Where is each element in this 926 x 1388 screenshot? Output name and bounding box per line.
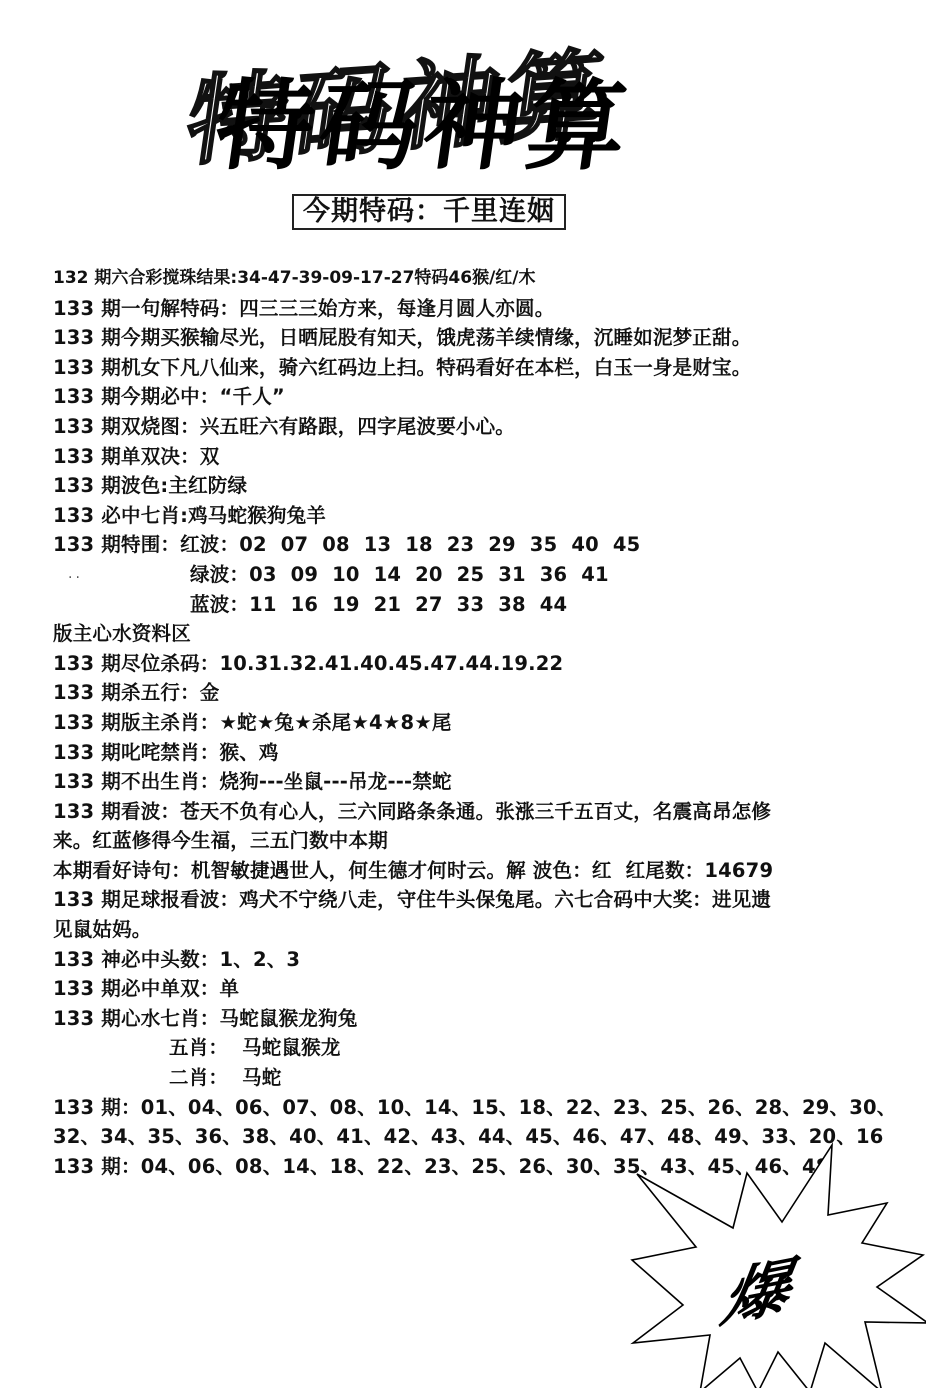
wave-red-row: 133 期特围：红波：02 07 08 13 18 23 29 35 40 45 (53, 530, 873, 560)
text-line: 133 必中七肖:鸡马蛇猴狗兔羊 (53, 501, 873, 531)
text-line: 来。红蓝修得今生福，三五门数中本期 (53, 826, 873, 856)
text-line: 133 期双烧图：兴五旺六有路跟，四字尾波要小心。 (53, 412, 873, 442)
text-line: 133 期一句解特码：四三三三始方来，每逢月圆人亦圆。 (53, 294, 873, 324)
result-line: 132 期六合彩搅珠结果:34-47-39-09-17-27特码46猴/红/木 (53, 264, 873, 294)
text-line: 133 期今期买猴输尽光，日晒屁股有知天，饿虎荡羊续情缘，沉睡如泥梦正甜。 (53, 323, 873, 353)
text-line: 133 期叱咤禁肖：猴、鸡 (53, 738, 873, 768)
text-line: 133 期机女下凡八仙来，骑六红码边上扫。特码看好在本栏，白玉一身是财宝。 (53, 353, 873, 383)
text-line: 133 期必中单双：单 (53, 974, 873, 1004)
text-line: 133 神必中头数：1、2、3 (53, 945, 873, 975)
section-heading: 版主心水资料区 (53, 619, 873, 649)
blue-wave-label: 蓝波： (190, 593, 249, 616)
text-line: 133 期尽位杀码：10.31.32.41.40.45.47.44.19.22 (53, 649, 873, 679)
wave-blue-row: 蓝波：11 16 19 21 27 33 38 44 (53, 590, 873, 620)
text-line: 133 期足球报看波：鸡犬不宁绕八走，守住牛头保兔尾。六七合码中大奖：进见遗 (53, 885, 873, 915)
text-line: 133 期单双决：双 (53, 442, 873, 472)
text-line: 见鼠姑妈。 (53, 915, 873, 945)
text-line: 133 期今期必中：“千人” (53, 382, 873, 412)
five-xiao-line: 五肖： 马蛇鼠猴龙 (53, 1033, 873, 1063)
wave-green-row: 绿波：03 09 10 14 20 25 31 36 41 (53, 560, 873, 590)
green-wave-numbers: 03 09 10 14 20 25 31 36 41 (249, 563, 609, 586)
numbers-line: 32、34、35、36、38、40、41、42、43、44、45、46、47、4… (53, 1122, 873, 1152)
green-wave-label: 绿波： (190, 563, 249, 586)
numbers-line: 133 期：04、06、08、14、18、22、23、25、26、30、35、4… (53, 1152, 873, 1182)
text-line: 133 期波色:主红防绿 (53, 471, 873, 501)
text-line: 133 期不出生肖：烧狗---坐鼠---吊龙---禁蛇 (53, 767, 873, 797)
text-line: 133 期心水七肖：马蛇鼠猴龙狗兔 (53, 1004, 873, 1034)
two-xiao-line: 二肖： 马蛇 (53, 1063, 873, 1093)
featured-code-box: 今期特码：千里连姻 (292, 194, 566, 230)
burst-label: 爆 (716, 1236, 797, 1339)
document-body: 132 期六合彩搅珠结果:34-47-39-09-17-27特码46猴/红/木 … (53, 264, 873, 1181)
text-line: 本期看好诗句：机智敏捷遇世人，何生德才何时云。解 波色：红 红尾数：14679 (53, 856, 873, 886)
title-logo: 特码神算 特码神算 (190, 50, 650, 190)
text-line: 133 期版主杀肖：★蛇★兔★杀尾★4★8★尾 (53, 708, 873, 738)
numbers-line: 133 期：01、04、06、07、08、10、14、15、18、22、23、2… (53, 1093, 873, 1123)
red-wave-numbers: 02 07 08 13 18 23 29 35 40 45 (239, 533, 640, 556)
text-line: 133 期杀五行：金 (53, 678, 873, 708)
blue-wave-numbers: 11 16 19 21 27 33 38 44 (249, 593, 567, 616)
tewei-label: 133 期特围： (53, 533, 180, 556)
red-wave-label: 红波： (180, 533, 239, 556)
page-title: 特码神算 (209, 78, 639, 176)
text-line: 133 期看波：苍天不负有心人，三六同路条条通。张涨三千五百丈，名震高昂怎修 (53, 797, 873, 827)
